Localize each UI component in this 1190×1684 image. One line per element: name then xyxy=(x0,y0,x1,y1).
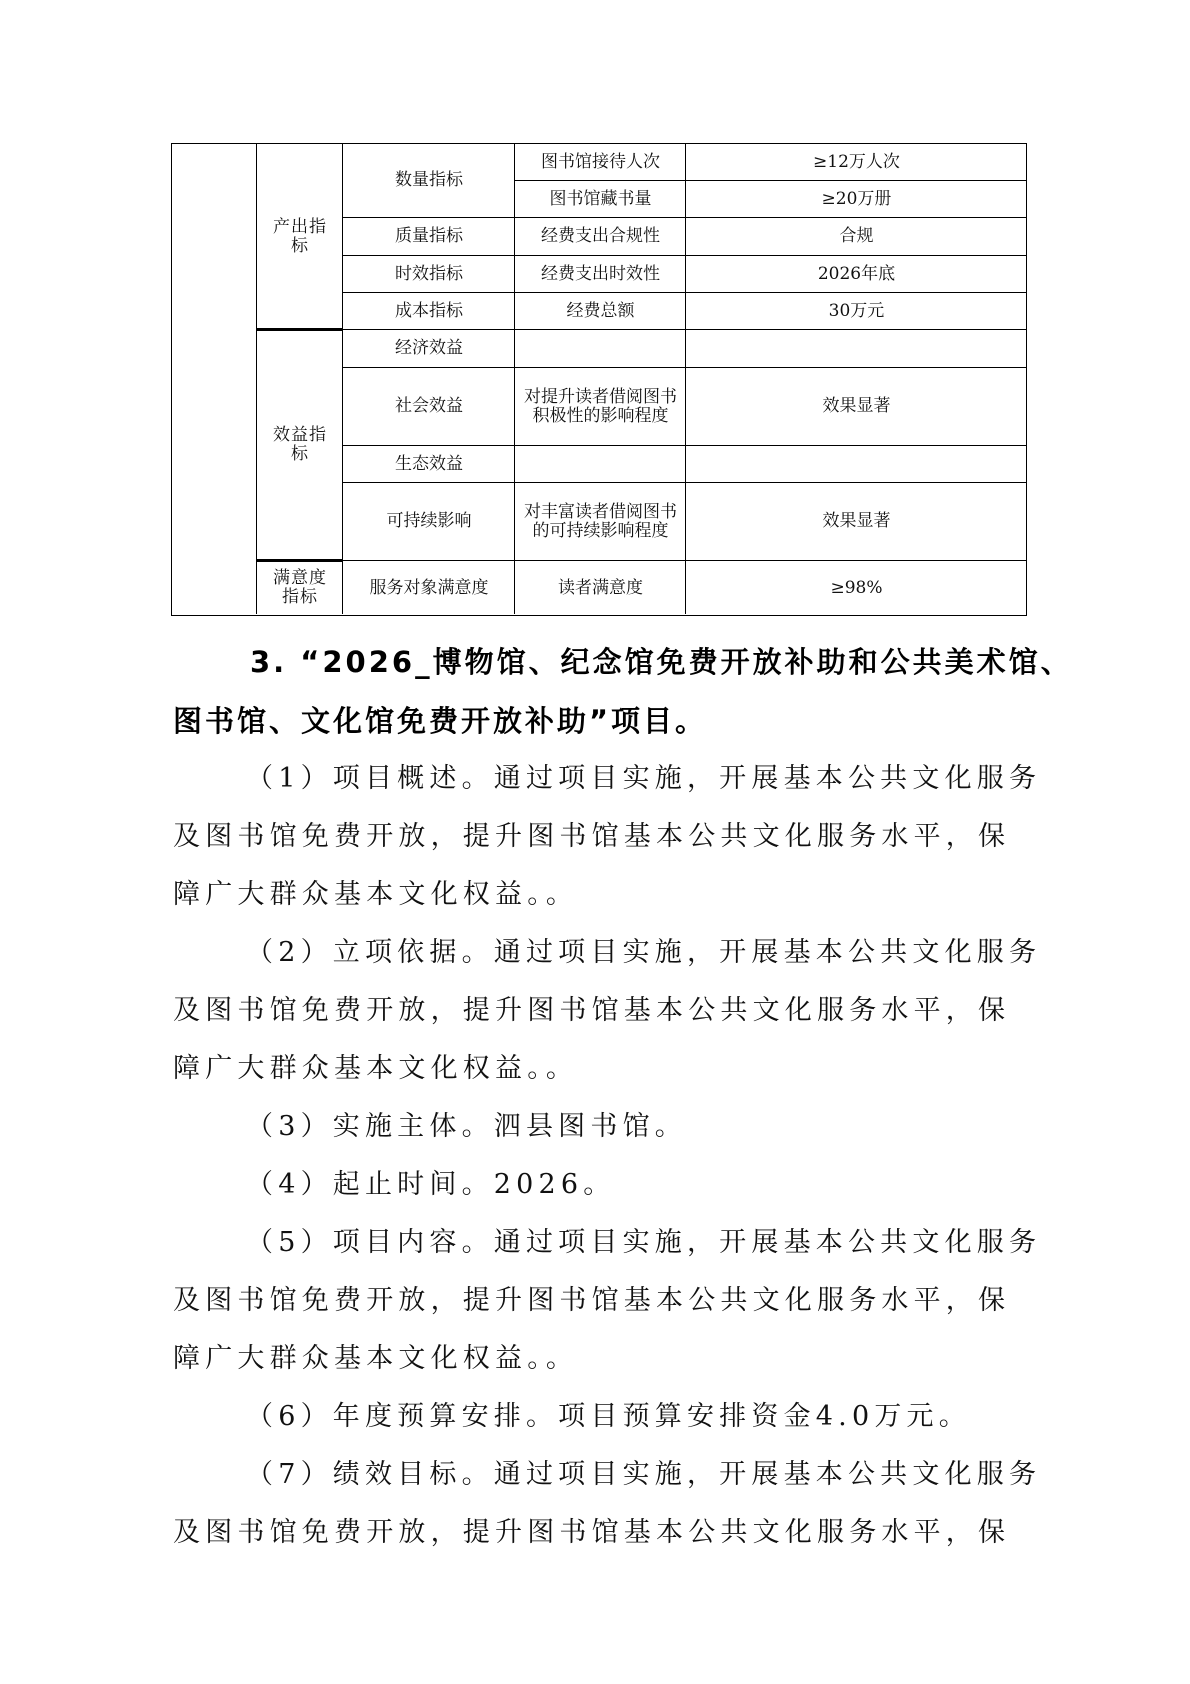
para-line: （3）实施主体。泗县图书馆。 xyxy=(246,1104,1106,1143)
target-compliance: 合规 xyxy=(687,218,1026,255)
para-line: （5）项目内容。通过项目实施，开展基本公共文化服务 xyxy=(246,1220,1106,1259)
col-divider xyxy=(514,144,515,614)
para-line: （1）项目概述。通过项目实施，开展基本公共文化服务 xyxy=(246,756,1106,795)
col-divider xyxy=(342,144,343,614)
para-line: （4）起止时间。2026。 xyxy=(246,1162,1106,1201)
target-ecological xyxy=(687,446,1026,482)
indicator-ecological xyxy=(516,446,685,482)
indicator-compliance: 经费支出合规性 xyxy=(516,218,685,255)
target-collection: ≥20万册 xyxy=(687,181,1026,217)
para-line: 及图书馆免费开放，提升图书馆基本公共文化服务水平，保 xyxy=(173,814,1033,853)
col-divider xyxy=(685,144,686,614)
level3-quality: 质量指标 xyxy=(344,218,514,255)
para-line: 及图书馆免费开放，提升图书馆基本公共文化服务水平，保 xyxy=(173,988,1033,1027)
level3-service-satisfaction: 服务对象满意度 xyxy=(344,561,514,615)
indicator-timeliness: 经费支出时效性 xyxy=(516,256,685,292)
level3-cost: 成本指标 xyxy=(344,293,514,329)
indicator-visitors: 图书馆接待人次 xyxy=(516,144,685,180)
col-divider xyxy=(256,144,257,614)
performance-indicator-table: 产出指标 效益指标 满意度指标 数量指标 质量指标 时效指标 成本指标 经济效益… xyxy=(171,143,1027,616)
indicator-total-funds: 经费总额 xyxy=(516,293,685,329)
target-reader-satisfaction: ≥98% xyxy=(687,561,1026,615)
target-total-funds: 30万元 xyxy=(687,293,1026,329)
section-heading-line2: 图书馆、文化馆免费开放补助”项目。 xyxy=(173,699,707,740)
para-line: 及图书馆免费开放，提升图书馆基本公共文化服务水平，保 xyxy=(173,1278,1033,1317)
para-line: 障广大群众基本文化权益。。 xyxy=(173,1336,1033,1375)
level3-sustainable: 可持续影响 xyxy=(344,483,514,560)
para-line: 及图书馆免费开放，提升图书馆基本公共文化服务水平，保 xyxy=(173,1510,1033,1549)
para-line: （2）立项依据。通过项目实施，开展基本公共文化服务 xyxy=(246,930,1106,969)
indicator-collection: 图书馆藏书量 xyxy=(516,181,685,217)
para-line: 障广大群众基本文化权益。。 xyxy=(173,872,1033,911)
level3-timeliness: 时效指标 xyxy=(344,256,514,292)
group-satisfaction: 满意度指标 xyxy=(258,561,342,615)
indicator-social: 对提升读者借阅图书积极性的影响程度 xyxy=(516,368,685,445)
indicator-economic xyxy=(516,330,685,367)
group-output: 产出指标 xyxy=(258,144,342,329)
para-line: 障广大群众基本文化权益。。 xyxy=(173,1046,1033,1085)
para-line: （6）年度预算安排。项目预算安排资金4.0万元。 xyxy=(246,1394,1106,1433)
group-benefit: 效益指标 xyxy=(258,330,342,560)
indicator-sustainable: 对丰富读者借阅图书的可持续影响程度 xyxy=(516,483,685,560)
target-economic xyxy=(687,330,1026,367)
level3-economic: 经济效益 xyxy=(344,330,514,367)
target-timeliness: 2026年底 xyxy=(687,256,1026,292)
indicator-reader-satisfaction: 读者满意度 xyxy=(516,561,685,615)
para-line: （7）绩效目标。通过项目实施，开展基本公共文化服务 xyxy=(246,1452,1106,1491)
section-heading-line1: 3. “2026_博物馆、纪念馆免费开放补助和公共美术馆、 xyxy=(250,640,1073,681)
target-visitors: ≥12万人次 xyxy=(687,144,1026,180)
target-sustainable: 效果显著 xyxy=(687,483,1026,560)
target-social: 效果显著 xyxy=(687,368,1026,445)
level3-social: 社会效益 xyxy=(344,368,514,445)
level3-quantity: 数量指标 xyxy=(344,144,514,217)
level3-ecological: 生态效益 xyxy=(344,446,514,482)
